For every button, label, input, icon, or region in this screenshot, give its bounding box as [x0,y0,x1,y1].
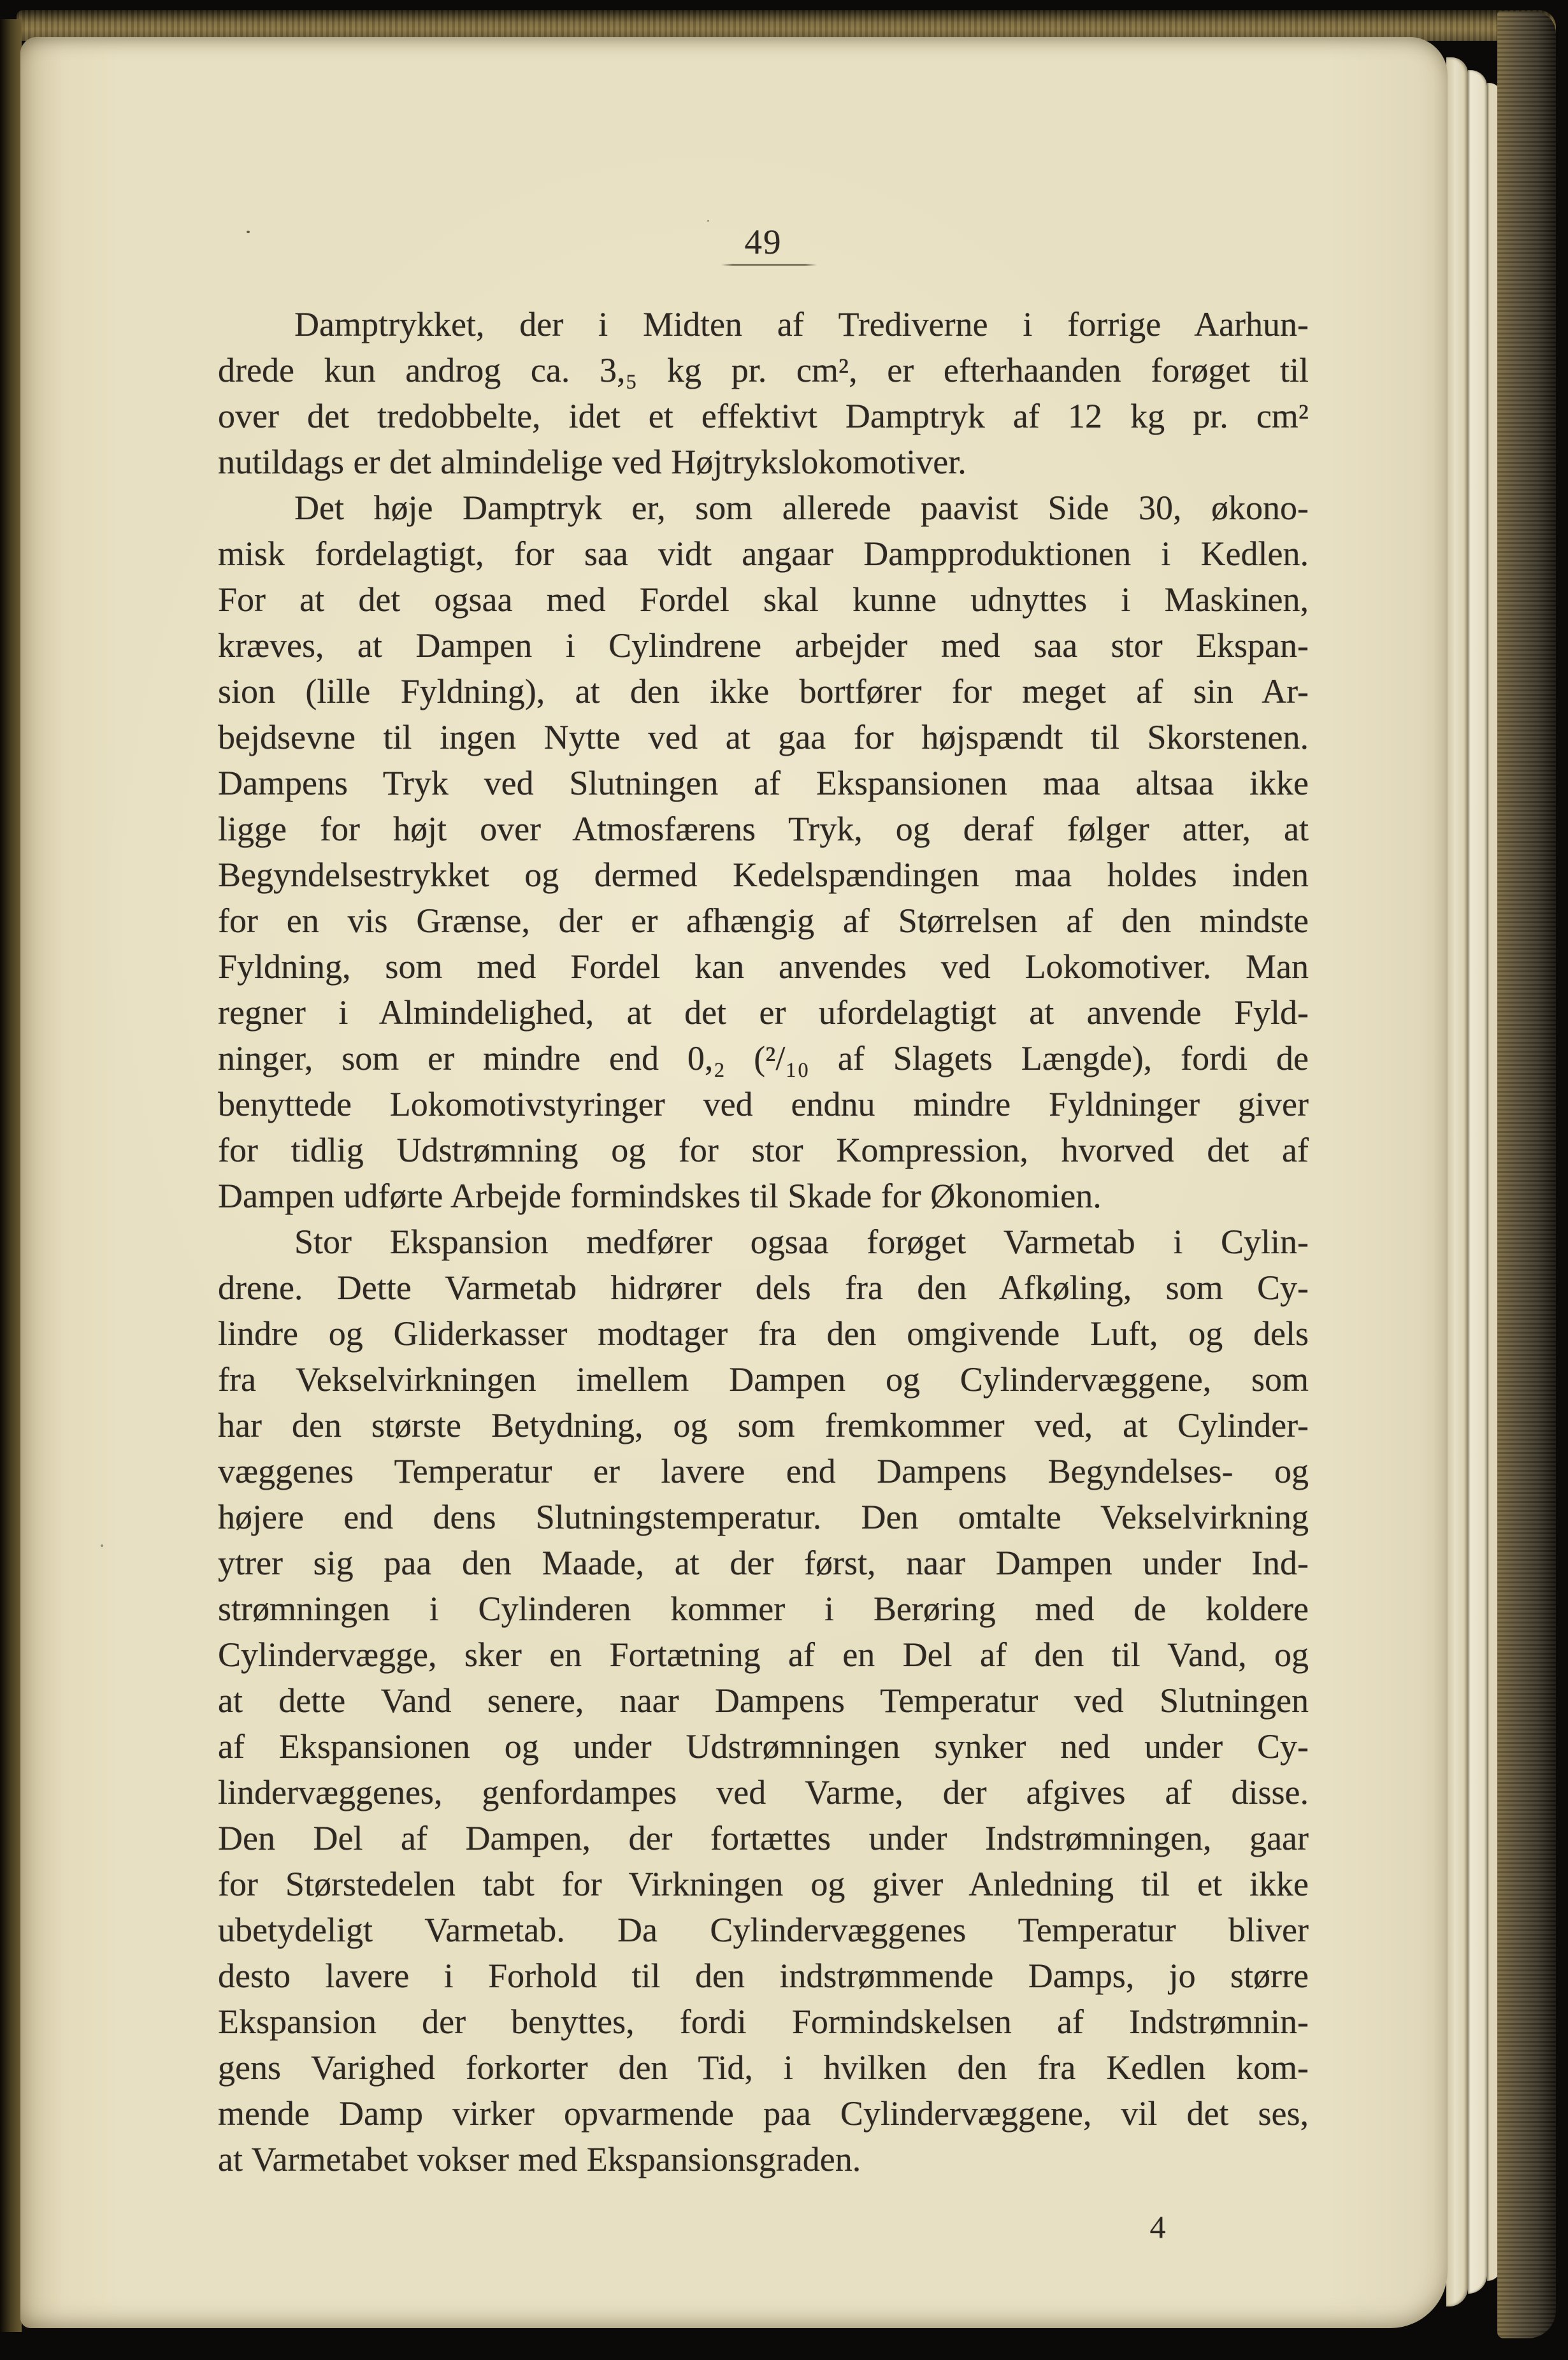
text-line: over det tredobbelte, idet et effektivt … [218,393,1309,439]
text-line: ninger, som er mindre end 0,₂ (²/₁₀ af S… [218,1035,1309,1081]
text-line: gens Varighed forkorter den Tid, i hvilk… [218,2045,1309,2090]
text-line: fra Vekselvirkningen imellem Dampen og C… [218,1356,1309,1402]
book-page: 49 Damptrykket, der i Midten af Trediver… [20,37,1448,2328]
text-line: Det høje Damptryk er, som allerede paavi… [218,485,1309,531]
text-line: af Ekspansionen og under Udstrømningen s… [218,1723,1309,1769]
text-line: ytrer sig paa den Maade, at der først, n… [218,1540,1309,1586]
text-line: for en vis Grænse, der er afhængig af St… [218,898,1309,944]
text-line: for Størstedelen tabt for Virkningen og … [218,1861,1309,1907]
text-line: drede kun androg ca. 3,₅ kg pr. cm², er … [218,347,1309,393]
text-line: ligge for højt over Atmosfærens Tryk, og… [218,806,1309,852]
book-cover-top-edge [17,10,1556,41]
text-line: Dampen udførte Arbejde formindskes til S… [218,1173,1309,1219]
text-line: lindervæggenes, genfordampes ved Varme, … [218,1769,1309,1815]
text-line: bejdsevne til ingen Nytte ved at gaa for… [218,714,1309,760]
book-cover-right-edge [1497,11,1556,2338]
text-line: misk fordelagtigt, for saa vidt angaar D… [218,531,1309,577]
page-stack-edge [1446,57,1468,2306]
text-line: højere end dens Slutningstemperatur. Den… [218,1494,1309,1540]
text-line: Damptrykket, der i Midten af Trediverne … [218,301,1309,347]
text-line: drene. Dette Varmetab hidrører dels fra … [218,1265,1309,1311]
text-line: Ekspansion der benyttes, fordi Formindsk… [218,1999,1309,2045]
text-line: Begyndelsestrykket og dermed Kedelspændi… [218,852,1309,898]
text-line: lindre og Gliderkasser modtager fra den … [218,1311,1309,1356]
signature-mark: 4 [1132,2208,1183,2245]
text-line: regner i Almindelighed, at det er uforde… [218,989,1309,1035]
text-line: væggenes Temperatur er lavere end Dampen… [218,1448,1309,1494]
text-line: for tidlig Udstrømning og for stor Kompr… [218,1127,1309,1173]
text-line: Stor Ekspansion medfører ogsaa forøget V… [218,1219,1309,1265]
text-line: strømningen i Cylinderen kommer i Berøri… [218,1586,1309,1632]
text-line: nutildags er det almindelige ved Højtryk… [218,439,1309,485]
text-line: benyttede Lokomotivstyringer ved endnu m… [218,1081,1309,1127]
page-number-underline [721,264,817,266]
text-line: at dette Vand senere, naar Dampens Tempe… [218,1678,1309,1723]
text-line: Cylindervægge, sker en Fortætning af en … [218,1632,1309,1678]
text-line: har den største Betydning, og som fremko… [218,1402,1309,1448]
page-stack-edge [1468,70,1487,2294]
text-line: Den Del af Dampen, der fortættes under I… [218,1815,1309,1861]
text-line: desto lavere i Forhold til den indstrømm… [218,1953,1309,1999]
text-line: Fyldning, som med Fordel kan anvendes ve… [218,944,1309,989]
paper-speck [101,1544,103,1547]
text-line: kræves, at Dampen i Cylindrene arbejder … [218,622,1309,668]
text-line: at Varmetabet vokser med Ekspansionsgrad… [218,2136,1309,2182]
text-block: Damptrykket, der i Midten af Trediverne … [218,301,1309,2182]
text-line: For at det ogsaa med Fordel skal kunne u… [218,577,1309,622]
text-line: ubetydeligt Varmetab. Da Cylindervæggene… [218,1907,1309,1953]
book-gutter-edge [0,19,22,2332]
page-number: 49 [218,222,1309,262]
text-line: Dampens Tryk ved Slutningen af Ekspansio… [218,760,1309,806]
scanned-book-photo: 49 Damptrykket, der i Midten af Trediver… [0,0,1568,2360]
text-line: mende Damp virker opvarmende paa Cylinde… [218,2090,1309,2136]
text-line: sion (lille Fyldning), at den ikke bortf… [218,668,1309,714]
